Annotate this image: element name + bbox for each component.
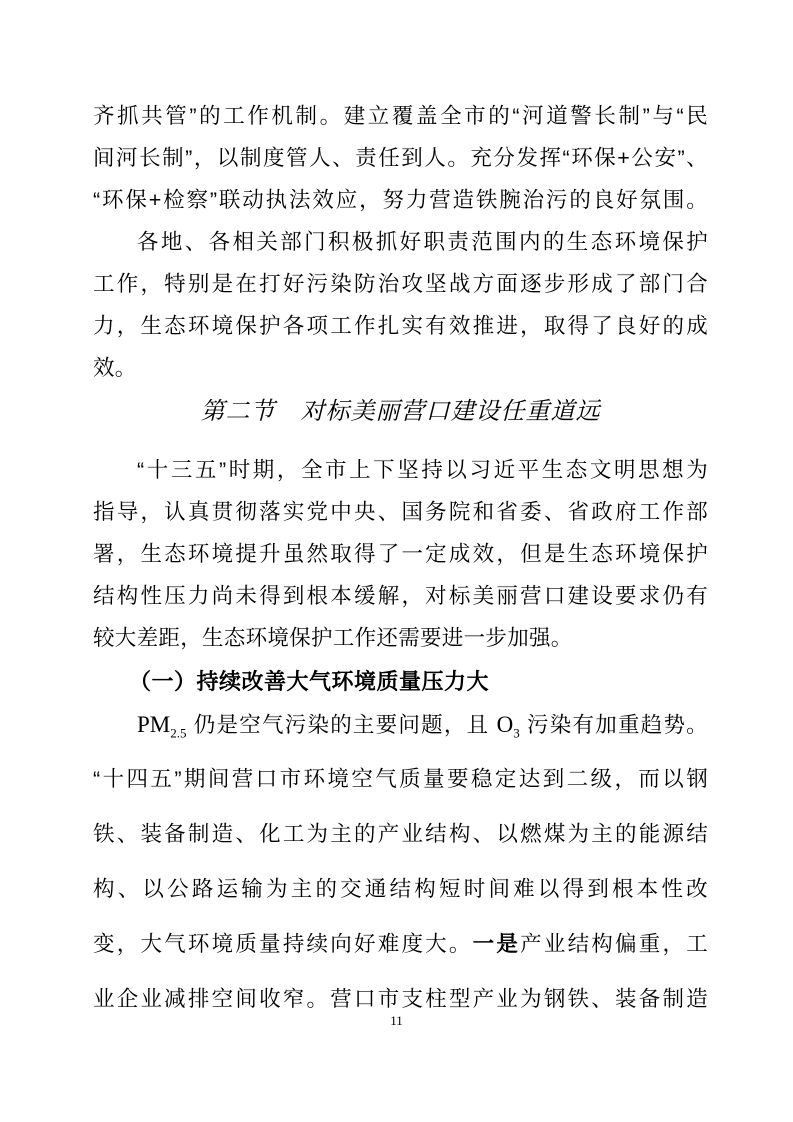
text-line: 间河长制”，以制度管人、责任到人。充分发挥“环保+公安”、: [93, 137, 708, 179]
pm-label: PM: [137, 712, 170, 737]
text-line-pm25: PM2.5 仍是空气污染的主要问题，且 O3 污染有加重趋势。: [93, 697, 708, 752]
text-line: 较大差距，生态环境保护工作还需要进一步加强。: [93, 617, 708, 659]
paragraph-1: 齐抓共管”的工作机制。建立覆盖全市的“河道警长制”与“民 间河长制”，以制度管人…: [93, 95, 708, 221]
text-line: 力，生态环境保护各项工作扎实有效推进，取得了良好的成: [93, 305, 708, 347]
text-line: “十三五”时期，全市上下坚持以习近平生态文明思想为: [93, 449, 708, 491]
text-line: 各地、各相关部门积极抓好职责范围内的生态环境保护: [93, 221, 708, 263]
text-segment: 污染有加重趋势。: [520, 713, 708, 737]
text-segment: 产业结构偏重，工: [520, 932, 708, 956]
text-line: 齐抓共管”的工作机制。建立覆盖全市的“河道警长制”与“民: [93, 95, 708, 137]
text-line: 铁、装备制造、化工为主的产业结构、以燃煤为主的能源结: [93, 807, 708, 862]
text-line: 指导，认真贯彻落实党中央、国务院和省委、省政府工作部: [93, 491, 708, 533]
text-line: “十四五”期间营口市环境空气质量要稳定达到二级，而以钢: [93, 752, 708, 807]
section-heading: 第二节 对标美丽营口建设任重道远: [93, 391, 708, 433]
paragraph-4: PM2.5 仍是空气污染的主要问题，且 O3 污染有加重趋势。 “十四五”期间营…: [93, 697, 708, 1027]
page-number: 11: [0, 1012, 793, 1030]
ozone-label: O: [497, 712, 514, 737]
text-line: 署，生态环境提升虽然取得了一定成效，但是生态环境保护: [93, 533, 708, 575]
pm-subscript: 2.5: [170, 725, 186, 740]
text-segment: 变，大气环境质量持续向好难度大。: [93, 932, 473, 956]
text-segment: 仍是空气污染的主要问题，且: [187, 713, 497, 737]
text-line-emphasis: 变，大气环境质量持续向好难度大。一是产业结构偏重，工: [93, 917, 708, 972]
text-line: 工作，特别是在打好污染防治攻坚战方面逐步形成了部门合: [93, 263, 708, 305]
paragraph-2: 各地、各相关部门积极抓好职责范围内的生态环境保护 工作，特别是在打好污染防治攻坚…: [93, 221, 708, 389]
text-line: “环保+检察”联动执法效应，努力营造铁腕治污的良好氛围。: [93, 179, 708, 221]
emphasis-text: 一是: [473, 932, 520, 956]
document-page: 齐抓共管”的工作机制。建立覆盖全市的“河道警长制”与“民 间河长制”，以制度管人…: [0, 0, 793, 1122]
paragraph-3: “十三五”时期，全市上下坚持以习近平生态文明思想为 指导，认真贯彻落实党中央、国…: [93, 449, 708, 659]
text-line: 构、以公路运输为主的交通结构短时间难以得到根本性改: [93, 862, 708, 917]
text-line: 结构性压力尚未得到根本缓解，对标美丽营口建设要求仍有: [93, 575, 708, 617]
text-line: 效。: [93, 347, 708, 389]
